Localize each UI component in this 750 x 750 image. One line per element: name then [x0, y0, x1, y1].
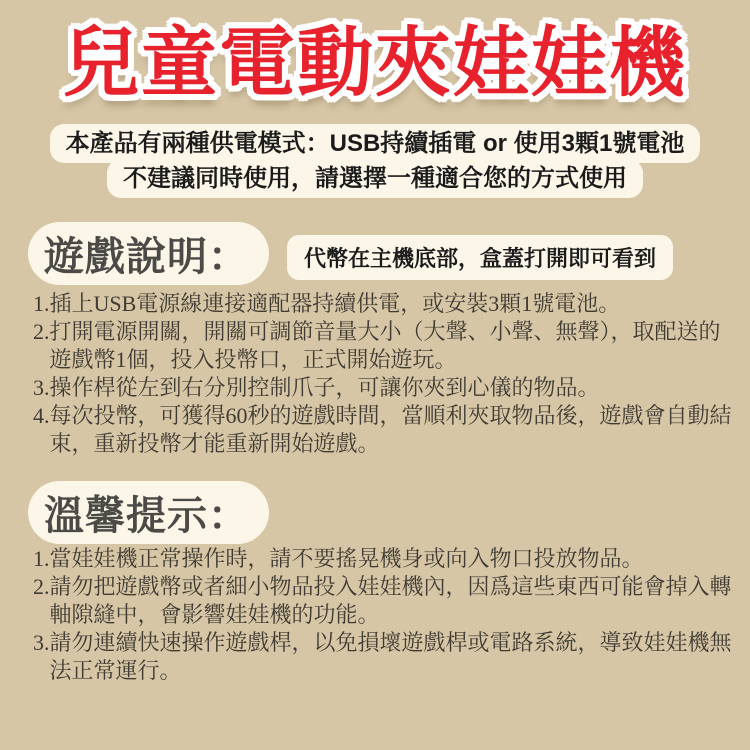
warm-tips-heading-text: 溫馨提示：	[44, 484, 249, 541]
power-mode-note: 本產品有兩種供電模式：USB持續插電 or 使用3顆1號電池 不建議同時使用，請…	[0, 124, 750, 198]
list-item: 2. 請勿把遊戲幣或者細小物品投入娃娃機內，因爲這些東西可能會掉入轉軸隙縫中，會…	[33, 573, 735, 629]
list-item-number: 2.	[33, 318, 50, 346]
list-item: 1. 當娃娃機正常操作時，請不要搖晃機身或向入物口投放物品。	[33, 545, 735, 573]
game-instructions-heading-text: 遊戲說明：	[44, 225, 249, 282]
list-item-number: 3.	[33, 374, 50, 402]
list-item: 3. 請勿連續快速操作遊戲桿，以免損壞遊戲桿或電路系統，導致娃娃機無法正常運行。	[33, 629, 735, 685]
list-item: 4. 每次投幣，可獲得60秒的遊戲時間，當順利夾取物品後，遊戲會自動結束，重新投…	[33, 402, 735, 458]
list-item: 1. 插上USB電源線連接適配器持續供電，或安裝3顆1號電池。	[33, 290, 735, 318]
list-item-number: 4.	[33, 402, 50, 430]
list-item-number: 2.	[33, 573, 50, 601]
list-item: 2. 打開電源開關，開關可調節音量大小（大聲、小聲、無聲），取配送的遊戲幣1個，…	[33, 318, 735, 374]
list-item-number: 3.	[33, 629, 50, 657]
list-item-text: 請勿連續快速操作遊戲桿，以免損壞遊戲桿或電路系統，導致娃娃機無法正常運行。	[50, 629, 736, 685]
page-title: 兒童電動夾娃娃機	[0, 20, 750, 107]
list-item-text: 請勿把遊戲幣或者細小物品投入娃娃機內，因爲這些東西可能會掉入轉軸隙縫中，會影響娃…	[50, 573, 736, 629]
warm-tips-list: 1. 當娃娃機正常操作時，請不要搖晃機身或向入物口投放物品。 2. 請勿把遊戲幣…	[33, 545, 735, 685]
list-item-number: 1.	[33, 545, 50, 573]
list-item-text: 每次投幣，可獲得60秒的遊戲時間，當順利夾取物品後，遊戲會自動結束，重新投幣才能…	[50, 402, 736, 458]
product-instruction-poster: 兒童電動夾娃娃機 本產品有兩種供電模式：USB持續插電 or 使用3顆1號電池 …	[0, 0, 750, 750]
list-item-number: 1.	[33, 290, 50, 318]
game-instructions-heading: 遊戲說明：	[28, 222, 269, 285]
list-item-text: 當娃娃機正常操作時，請不要搖晃機身或向入物口投放物品。	[50, 545, 736, 573]
list-item-text: 操作桿從左到右分別控制爪子，可讓你夾到心儀的物品。	[50, 374, 736, 402]
list-item-text: 插上USB電源線連接適配器持續供電，或安裝3顆1號電池。	[50, 290, 736, 318]
power-mode-note-line2: 不建議同時使用，請選擇一種適合您的方式使用	[107, 159, 643, 198]
list-item-text: 打開電源開關，開關可調節音量大小（大聲、小聲、無聲），取配送的遊戲幣1個，投入投…	[50, 318, 736, 374]
coin-location-note-text: 代幣在主機底部，盒蓋打開即可看到	[304, 242, 656, 273]
game-instructions-list: 1. 插上USB電源線連接適配器持續供電，或安裝3顆1號電池。 2. 打開電源開…	[33, 290, 735, 458]
power-mode-note-line1: 本產品有兩種供電模式：USB持續插電 or 使用3顆1號電池	[50, 124, 701, 163]
coin-location-note: 代幣在主機底部，盒蓋打開即可看到	[287, 235, 673, 280]
list-item: 3. 操作桿從左到右分別控制爪子，可讓你夾到心儀的物品。	[33, 374, 735, 402]
warm-tips-heading: 溫馨提示：	[28, 481, 269, 544]
